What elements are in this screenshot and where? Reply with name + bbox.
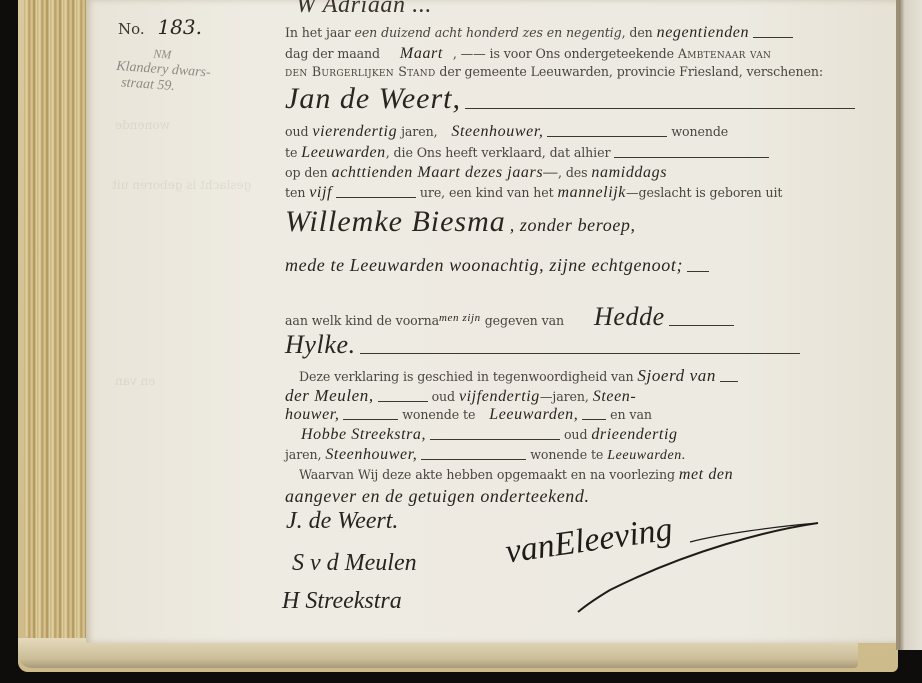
handwritten-closing: met den xyxy=(679,466,733,483)
fill-line xyxy=(421,451,526,460)
line-birth-hour: ten vijf ure, een kind van het mannelijk… xyxy=(285,184,782,202)
line-given-names-2: Hylke. xyxy=(285,330,800,360)
line-mother: Willemke Biesma , zonder beroep, xyxy=(285,205,636,239)
handwritten-child-name: Hedde xyxy=(594,302,665,331)
printed-text: oud xyxy=(564,427,587,442)
fill-line xyxy=(343,411,398,420)
line-closing: Waarvan Wij deze akte hebben opgemaakt e… xyxy=(299,466,733,484)
fill-line xyxy=(687,263,709,272)
signature-flourish-icon xyxy=(570,520,820,615)
fill-line xyxy=(336,189,416,198)
fill-line xyxy=(614,149,769,158)
printed-smallcaps: den Burgerlijken Stand xyxy=(285,64,435,79)
fill-line xyxy=(430,431,560,440)
handwritten-declarant-name: Jan de Weert xyxy=(285,82,453,115)
fill-line xyxy=(547,128,667,137)
printed-text: wonende te xyxy=(402,407,475,422)
handwritten-witness1-residence: Leeuwarden, xyxy=(489,406,578,423)
printed-text: Deze verklaring is geschied in tegenwoor… xyxy=(299,369,634,384)
handwritten-witness2-age: drieendertig xyxy=(591,426,677,443)
printed-text: jaren, xyxy=(552,389,588,404)
handwritten-witness1-occupation: Steen- xyxy=(593,388,637,405)
handwritten-birth-date: achttienden Maart dezes jaars xyxy=(332,164,544,181)
printed-text: op den xyxy=(285,165,328,180)
handwritten-day: negentienden xyxy=(657,24,750,41)
printed-text: ten xyxy=(285,185,305,200)
printed-text: wonende xyxy=(671,124,728,139)
printed-text: ure, een kind van het xyxy=(420,185,554,200)
line-closing-2: aangever en de getuigen onderteekend. xyxy=(285,486,590,507)
fill-line xyxy=(360,345,800,354)
line-witness1: der Meulen, oud vijfendertig—jaren, Stee… xyxy=(285,386,636,406)
margin-column: No. 183. NM Klandery dwars- straat 59. xyxy=(118,15,268,91)
handwritten-month: Maart xyxy=(400,45,443,62)
line-witness1-residence: houwer, wonende te Leeuwarden, en van xyxy=(285,406,652,424)
handwritten-witness2-occupation: Steenhouwer, xyxy=(325,446,417,463)
handwritten-closing: aangever en de getuigen onderteekend. xyxy=(285,486,590,506)
fill-line xyxy=(465,100,855,109)
bleedthrough-text: wonende xyxy=(115,118,170,132)
signature-declarant: J. de Weert. xyxy=(286,508,398,535)
handwritten-mother-occupation: , zonder beroep, xyxy=(510,215,636,235)
line-declarant: Jan de Weert, xyxy=(285,82,855,116)
bleedthrough-text: en van xyxy=(115,374,155,388)
signature-witness1: S v d Meulen xyxy=(292,550,417,577)
line-residence: te Leeuwarden, die Ons heeft verklaard, … xyxy=(285,144,769,162)
printed-text: , —— is voor Ons ondergeteekende xyxy=(453,46,674,61)
handwritten-witness1-name: der Meulen, xyxy=(285,386,374,405)
printed-text: , des xyxy=(558,165,587,180)
printed-text: te xyxy=(285,145,297,160)
handwritten-mother-residence: mede te Leeuwarden woonachtig, zijne ech… xyxy=(285,255,683,275)
printed-text: wonende te xyxy=(530,447,603,462)
fill-line xyxy=(753,29,793,38)
previous-record-fragment: W Adriaan ... xyxy=(296,0,432,19)
handwritten-time-of-day: namiddags xyxy=(591,164,667,181)
printed-text: oud xyxy=(285,124,308,139)
signature-witness2: H Streekstra xyxy=(282,588,402,615)
printed-text: dag der maand xyxy=(285,46,380,61)
printed-text: der gemeente Leeuwarden, provincie Fries… xyxy=(439,64,823,79)
printed-text: Waarvan Wij deze akte hebben opgemaakt e… xyxy=(299,467,675,482)
record-number: No. 183. xyxy=(118,15,268,39)
handwritten-mother-name: Willemke Biesma xyxy=(285,205,506,238)
line-registrar: den Burgerlijken Stand der gemeente Leeu… xyxy=(285,64,823,79)
printed-smallcaps: Ambtenaar van xyxy=(678,46,771,61)
line-age-occupation: oud vierendertig jaren, Steenhouwer, won… xyxy=(285,123,728,141)
handwritten-witness2-residence: Leeuwarden. xyxy=(607,448,686,463)
page-stack-edges xyxy=(24,0,86,640)
handwritten-age: vierendertig xyxy=(312,123,397,140)
line-given-names: aan welk kind de voornamen zijn gegeven … xyxy=(285,302,734,332)
line-birth-date: op den achttienden Maart dezes jaars—, d… xyxy=(285,164,667,182)
fill-line xyxy=(582,411,606,420)
fill-line xyxy=(720,373,738,382)
printed-year: een duizend acht honderd zes en negentig xyxy=(354,25,621,40)
record-number-label: No. xyxy=(118,20,145,38)
fill-line xyxy=(669,317,734,326)
handwritten-child-name: Hylke. xyxy=(285,330,356,359)
record-number-value: 183. xyxy=(157,15,202,39)
line-month: dag der maand Maart , —— is voor Ons ond… xyxy=(285,45,771,63)
handwritten-hour: vijf xyxy=(309,184,332,201)
printed-text: jaren, xyxy=(285,447,321,462)
line-witness2: Hobbe Streekstra, oud drieendertig xyxy=(301,426,678,444)
printed-text: In het jaar xyxy=(285,25,351,40)
fill-line xyxy=(378,393,428,402)
printed-text: oud xyxy=(432,389,455,404)
printed-text: , den xyxy=(622,25,653,40)
printed-text: en van xyxy=(610,407,652,422)
printed-text: geslacht is geboren uit xyxy=(639,185,783,200)
line-year: In het jaar een duizend acht honderd zes… xyxy=(285,24,793,42)
line-witnesses: Deze verklaring is geschied in tegenwoor… xyxy=(299,366,738,386)
handwritten-insert: men zijn xyxy=(439,312,481,324)
handwritten-witness2-name: Hobbe Streekstra, xyxy=(301,426,426,443)
bleedthrough-text: geslacht is geboren uit xyxy=(112,178,251,192)
facing-page-edge xyxy=(899,0,922,650)
handwritten-witness1-age: vijfendertig xyxy=(459,388,540,405)
handwritten-sex: mannelijk xyxy=(558,184,627,201)
handwritten-witness1-occupation: houwer, xyxy=(285,406,339,423)
line-mother-residence: mede te Leeuwarden woonachtig, zijne ech… xyxy=(285,255,709,276)
printed-text: gegeven van xyxy=(485,313,564,328)
handwritten-occupation: Steenhouwer xyxy=(451,123,538,140)
handwritten-residence: Leeuwarden xyxy=(301,144,386,161)
handwritten-witness1-name: Sjoerd van xyxy=(637,366,716,385)
printed-text: , die Ons heeft verklaard, dat alhier xyxy=(386,145,611,160)
printed-text: jaren, xyxy=(401,124,437,139)
printed-text: aan welk kind de voorna xyxy=(285,313,439,328)
line-witness2-residence: jaren, Steenhouwer, wonende te Leeuwarde… xyxy=(285,446,686,464)
